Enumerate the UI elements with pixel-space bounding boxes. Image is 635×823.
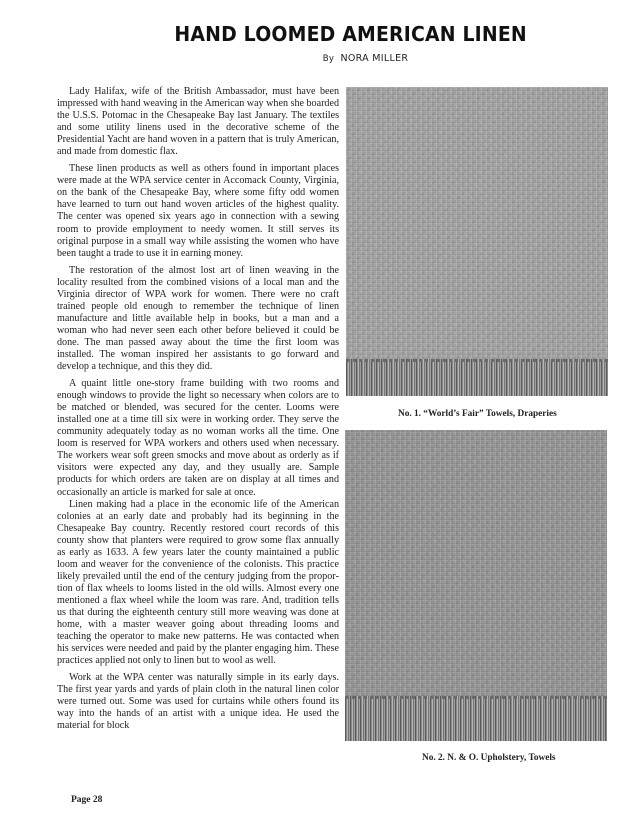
figure-2-photo: [345, 430, 607, 741]
byline: By NORA MILLER: [0, 53, 635, 64]
article-title-text: HAND LOOMED AMERICAN LINEN: [174, 22, 527, 46]
author-name: NORA MILLER: [340, 53, 408, 64]
article-body: Lady Halifax, wife of the British Ambass…: [57, 86, 339, 737]
towel-fringe: [346, 359, 608, 396]
paragraph: A quaint little one-story frame building…: [57, 378, 339, 498]
article-title: HAND LOOMED AMERICAN LINEN: [28, 22, 612, 46]
towel-fringe: [345, 696, 607, 741]
paragraph: Linen making had a place in the economic…: [57, 499, 339, 668]
paragraph: Work at the WPA center was naturally sim…: [57, 672, 339, 732]
page-number: Page 28: [71, 795, 102, 805]
magazine-page: HAND LOOMED AMERICAN LINEN By NORA MILLE…: [0, 0, 635, 823]
paragraph: Lady Halifax, wife of the British Ambass…: [57, 86, 339, 158]
paragraph: The restoration of the almost lost art o…: [57, 265, 339, 373]
linen-fabric-texture: [346, 87, 608, 396]
linen-fabric-texture: [345, 430, 607, 741]
figure-1-photo: [346, 87, 608, 396]
figure-2-caption: No. 2. N. & O. Upholstery, Towels: [422, 753, 556, 763]
byline-prefix: By: [323, 54, 334, 64]
paragraph: These linen products as well as others f…: [57, 163, 339, 259]
figure-1-caption: No. 1. “World’s Fair” Towels, Draperies: [398, 409, 557, 419]
